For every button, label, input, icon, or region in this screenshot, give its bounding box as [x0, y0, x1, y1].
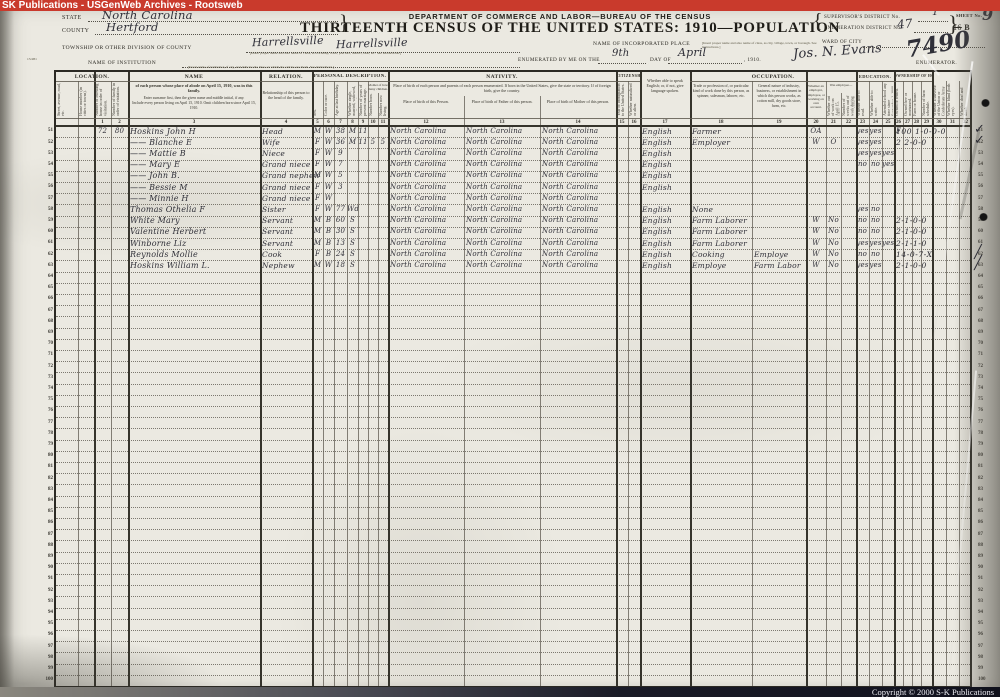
cell-pob_father: North Carolina — [466, 171, 522, 179]
row-number-left: 68 — [40, 319, 53, 324]
cell-name: —— John B. — [130, 171, 180, 180]
cell-dwelling: 72 — [94, 127, 111, 135]
cell-age: 7 — [334, 160, 347, 168]
cell-pob: North Carolina — [390, 194, 446, 202]
row-number-left: 62 — [40, 252, 53, 257]
cell-employer: W — [806, 250, 826, 258]
cell-industry: Farm Labor — [754, 261, 801, 270]
cell-sex: F — [312, 149, 323, 157]
cell-relation: Cook — [262, 250, 282, 259]
cell-pob: North Carolina — [390, 227, 446, 235]
cell-employer: W — [806, 216, 826, 224]
cell-write: yes — [869, 149, 882, 157]
cell-color: B — [323, 239, 334, 247]
cell-age: 77 — [334, 205, 347, 213]
cell-pob_father: North Carolina — [466, 183, 522, 191]
row-number-left: 71 — [40, 352, 53, 357]
cell-color: W — [323, 183, 334, 191]
row-number-left: 76 — [40, 408, 53, 413]
cell-outwork: No — [826, 227, 841, 235]
cell-marital: Wd — [347, 205, 358, 213]
cell-color: W — [323, 127, 334, 135]
cell-sex: F — [312, 194, 323, 202]
cell-read: no — [856, 227, 869, 235]
cell-color: W — [323, 194, 334, 202]
cell-english: English — [642, 261, 672, 270]
cell-age: 13 — [334, 239, 347, 247]
cell-write: no — [869, 160, 882, 168]
cell-employer: W — [806, 227, 826, 235]
cell-english: English — [642, 227, 672, 236]
cell-sex: F — [312, 183, 323, 191]
cell-english: English — [642, 160, 672, 169]
cell-english: English — [642, 171, 672, 180]
row-number-left: 67 — [40, 308, 53, 313]
cell-pob: North Carolina — [390, 261, 446, 269]
cell-english: English — [642, 127, 672, 136]
pencil-annotation: 2 2-0-0 — [896, 138, 974, 147]
cell-age: 3 — [334, 183, 347, 191]
cell-pob_father: North Carolina — [466, 250, 522, 258]
row-number-left: 54 — [40, 162, 53, 167]
scan-left-edge — [0, 11, 14, 697]
row-number-left: 83 — [40, 487, 53, 492]
cell-outwork: O — [826, 138, 841, 146]
cell-pob: North Carolina — [390, 138, 446, 146]
cell-name: Winborne Liz — [130, 239, 186, 248]
cell-marital: S — [347, 216, 358, 224]
row-number-left: 91 — [40, 576, 53, 581]
cell-employer: W — [806, 261, 826, 269]
cell-relation: Wife — [262, 138, 280, 147]
cell-yrs_married: 11 — [358, 138, 368, 146]
cell-pob_mother: North Carolina — [542, 138, 598, 146]
cell-sex: M — [312, 261, 323, 269]
cell-name: Thomas Othelia F — [130, 205, 205, 214]
row-number-left: 72 — [40, 364, 53, 369]
row-number-left: 63 — [40, 263, 53, 268]
row-number-left: 60 — [40, 229, 53, 234]
cell-color: B — [323, 227, 334, 235]
cell-pob_father: North Carolina — [466, 227, 522, 235]
punch-hole — [979, 213, 988, 221]
cell-family: 80 — [111, 127, 128, 135]
cell-relation: Servant — [262, 239, 293, 248]
cell-english: English — [642, 149, 672, 158]
cell-relation: Grand niece — [262, 160, 311, 169]
cell-sex: M — [312, 239, 323, 247]
cell-trade: None — [692, 205, 713, 214]
pencil-annotation: 100 1-0-0-0 — [896, 127, 974, 136]
cell-write: no — [869, 227, 882, 235]
cell-pob: North Carolina — [390, 127, 446, 135]
cell-pob_mother: North Carolina — [542, 127, 598, 135]
cell-pob: North Carolina — [390, 205, 446, 213]
row-number-left: 75 — [40, 397, 53, 402]
cell-read: yes — [856, 138, 869, 146]
cell-read: yes — [856, 261, 869, 269]
cell-pob: North Carolina — [390, 216, 446, 224]
cell-read: no — [856, 250, 869, 258]
cell-sex: M — [312, 216, 323, 224]
row-number-left: 93 — [40, 599, 53, 604]
row-number-left: 92 — [40, 588, 53, 593]
cell-born: 5 — [368, 138, 378, 146]
cell-school: yes — [882, 160, 894, 168]
cell-read: no — [856, 160, 869, 168]
cell-pob_mother: North Carolina — [542, 149, 598, 157]
row-number-left: 56 — [40, 184, 53, 189]
cell-living: 5 — [378, 138, 388, 146]
pencil-annotation: 2-1-0-0 — [896, 216, 974, 225]
cell-name: Reynolds Mollie — [130, 250, 198, 259]
row-number-left: 51 — [40, 128, 53, 133]
row-number-left: 81 — [40, 464, 53, 469]
cell-relation: Sister — [262, 205, 286, 214]
cell-pob_father: North Carolina — [466, 239, 522, 247]
cell-pob: North Carolina — [390, 149, 446, 157]
cell-color: B — [323, 216, 334, 224]
cell-pob: North Carolina — [390, 250, 446, 258]
row-number-left: 78 — [40, 431, 53, 436]
cell-sex: F — [312, 160, 323, 168]
row-number-left: 95 — [40, 621, 53, 626]
cell-read: yes — [856, 127, 869, 135]
cell-write: yes — [869, 138, 882, 146]
cell-write: no — [869, 250, 882, 258]
cell-outwork: No — [826, 216, 841, 224]
cell-pob_mother: North Carolina — [542, 216, 598, 224]
row-number-left: 61 — [40, 240, 53, 245]
row-number-left: 66 — [40, 296, 53, 301]
cell-color: W — [323, 205, 334, 213]
row-number-left: 88 — [40, 543, 53, 548]
screenshot-root: { "window": { "title": "SK Publications … — [0, 0, 1000, 697]
cell-english: English — [642, 216, 672, 225]
cell-pob_father: North Carolina — [466, 127, 522, 135]
cell-color: W — [323, 261, 334, 269]
copyright-text: Copyright © 2000 S-K Publications — [872, 687, 994, 697]
cell-write: yes — [869, 239, 882, 247]
cell-marital: S — [347, 227, 358, 235]
row-number-left: 87 — [40, 532, 53, 537]
row-number-left: 59 — [40, 218, 53, 223]
cell-relation: Head — [262, 127, 283, 136]
row-number-left: 69 — [40, 330, 53, 335]
cell-age: 36 — [334, 138, 347, 146]
cell-outwork: No — [826, 250, 841, 258]
cell-write: no — [869, 216, 882, 224]
cell-pob: North Carolina — [390, 160, 446, 168]
window-title-bar: SK Publications - USGenWeb Archives - Ro… — [0, 0, 1000, 11]
row-number-left: 77 — [40, 420, 53, 425]
cell-read: yes — [856, 149, 869, 157]
cell-age: 9 — [334, 149, 347, 157]
cell-trade: Farm Laborer — [692, 216, 747, 225]
margin-check-mark: ✓ — [974, 133, 992, 148]
cell-trade: Farm Laborer — [692, 239, 747, 248]
pencil-annotation: 2-1-0-0 — [896, 227, 974, 236]
cell-relation: Servant — [262, 216, 293, 225]
cell-pob_mother: North Carolina — [542, 227, 598, 235]
cell-sex: F — [312, 250, 323, 258]
cell-read: no — [856, 216, 869, 224]
cell-pob_mother: North Carolina — [542, 171, 598, 179]
pencil-annotation: 14-0-7-X — [896, 250, 974, 259]
row-number-left: 79 — [40, 442, 53, 447]
row-number-left: 94 — [40, 610, 53, 615]
cell-pob_mother: North Carolina — [542, 261, 598, 269]
cell-sex: M — [312, 171, 323, 179]
cell-pob_mother: North Carolina — [542, 160, 598, 168]
cell-write: no — [869, 205, 882, 213]
cell-relation: Servant — [262, 227, 293, 236]
row-number-left: 82 — [40, 476, 53, 481]
census-table: LOCATION.NAMERELATION.PERSONAL DESCRIPTI… — [0, 0, 1000, 697]
cell-color: W — [323, 171, 334, 179]
cell-english: English — [642, 183, 672, 192]
cell-color: B — [323, 250, 334, 258]
row-number-left: 55 — [40, 173, 53, 178]
row-number-left: 84 — [40, 498, 53, 503]
cell-pob_father: North Carolina — [466, 205, 522, 213]
scan-corner-shadow — [0, 630, 240, 690]
row-number-left: 53 — [40, 151, 53, 156]
cell-english: English — [642, 205, 672, 214]
row-number-left: 89 — [40, 554, 53, 559]
viewer-footer-bar: Copyright © 2000 S-K Publications — [0, 687, 1000, 697]
cell-pob_father: North Carolina — [466, 216, 522, 224]
row-number-left: 65 — [40, 285, 53, 290]
cell-english: English — [642, 138, 672, 147]
cell-employer: W — [806, 239, 826, 247]
cell-name: Hoskins John H — [130, 127, 196, 136]
row-number-left: 74 — [40, 386, 53, 391]
cell-marital: M — [347, 138, 358, 146]
cell-pob_father: North Carolina — [466, 138, 522, 146]
cell-relation: Niece — [262, 149, 285, 158]
cell-industry: Employe — [754, 250, 788, 259]
pencil-annotation: 2-1-1-0 — [896, 239, 974, 248]
cell-sex: F — [312, 205, 323, 213]
cell-name: Valentine Herbert — [130, 227, 206, 236]
cell-name: —— Mattie B — [130, 149, 186, 158]
cell-age: 38 — [334, 127, 347, 135]
scan-right-edge — [954, 11, 1000, 697]
cell-age: 60 — [334, 216, 347, 224]
cell-age: 24 — [334, 250, 347, 258]
cell-name: —— Minnie H — [130, 194, 189, 203]
cell-trade: Farmer — [692, 127, 721, 136]
cell-trade: Employe — [692, 261, 726, 270]
cell-marital: M — [347, 127, 358, 135]
cell-school: yes — [882, 149, 894, 157]
cell-school: yes — [882, 239, 894, 247]
cell-marital: S — [347, 261, 358, 269]
cell-age: 5 — [334, 171, 347, 179]
cell-trade: Employer — [692, 138, 730, 147]
row-number-left: 52 — [40, 140, 53, 145]
cell-outwork: No — [826, 261, 841, 269]
cell-read: yes — [856, 239, 869, 247]
cell-pob: North Carolina — [390, 239, 446, 247]
window-title: SK Publications - USGenWeb Archives - Ro… — [2, 0, 243, 11]
cell-english: English — [642, 250, 672, 259]
row-number-left: 64 — [40, 274, 53, 279]
row-number-left: 85 — [40, 509, 53, 514]
cell-name: —— Bessie M — [130, 183, 188, 192]
cell-name: —— Mary E — [130, 160, 180, 169]
cell-color: W — [323, 160, 334, 168]
row-number-left: 80 — [40, 453, 53, 458]
row-number-left: 57 — [40, 196, 53, 201]
cell-yrs_married: 11 — [358, 127, 368, 135]
punch-hole — [981, 99, 990, 107]
cell-pob_mother: North Carolina — [542, 250, 598, 258]
cell-sex: F — [312, 138, 323, 146]
cell-pob: North Carolina — [390, 171, 446, 179]
cell-employer: OA — [806, 127, 826, 135]
cell-sex: M — [312, 227, 323, 235]
cell-pob_father: North Carolina — [466, 261, 522, 269]
cell-pob_mother: North Carolina — [542, 239, 598, 247]
cell-name: White Mary — [130, 216, 180, 225]
row-number-left: 90 — [40, 565, 53, 570]
cell-employer: W — [806, 138, 826, 146]
cell-pob: North Carolina — [390, 183, 446, 191]
cell-relation: Grand niece — [262, 194, 311, 203]
cell-read: yes — [856, 205, 869, 213]
cell-trade: Cooking — [692, 250, 725, 259]
cell-name: —— Blanche E — [130, 138, 192, 147]
row-number-left: 86 — [40, 520, 53, 525]
cell-pob_father: North Carolina — [466, 160, 522, 168]
row-number-left: 70 — [40, 341, 53, 346]
pencil-annotation: 2-1-0-0 — [896, 261, 974, 270]
cell-color: W — [323, 138, 334, 146]
cell-english: English — [642, 239, 672, 248]
cell-outwork: No — [826, 239, 841, 247]
cell-age: 30 — [334, 227, 347, 235]
cell-write: yes — [869, 127, 882, 135]
cell-pob_father: North Carolina — [466, 194, 522, 202]
cell-marital: S — [347, 250, 358, 258]
cell-relation: Grand niece — [262, 183, 311, 192]
cell-pob_mother: North Carolina — [542, 183, 598, 191]
cell-write: yes — [869, 261, 882, 269]
cell-color: W — [323, 149, 334, 157]
cell-marital: S — [347, 239, 358, 247]
cell-trade: Farm Laborer — [692, 227, 747, 236]
margin-check-mark: ╱ — [974, 256, 992, 271]
row-number-left: 58 — [40, 207, 53, 212]
cell-pob_mother: North Carolina — [542, 205, 598, 213]
row-number-left: 73 — [40, 375, 53, 380]
cell-pob_father: North Carolina — [466, 149, 522, 157]
cell-relation: Nephew — [262, 261, 295, 270]
cell-sex: M — [312, 127, 323, 135]
cell-age: 18 — [334, 261, 347, 269]
cell-pob_mother: North Carolina — [542, 194, 598, 202]
cell-name: Hoskins William L. — [130, 261, 210, 270]
